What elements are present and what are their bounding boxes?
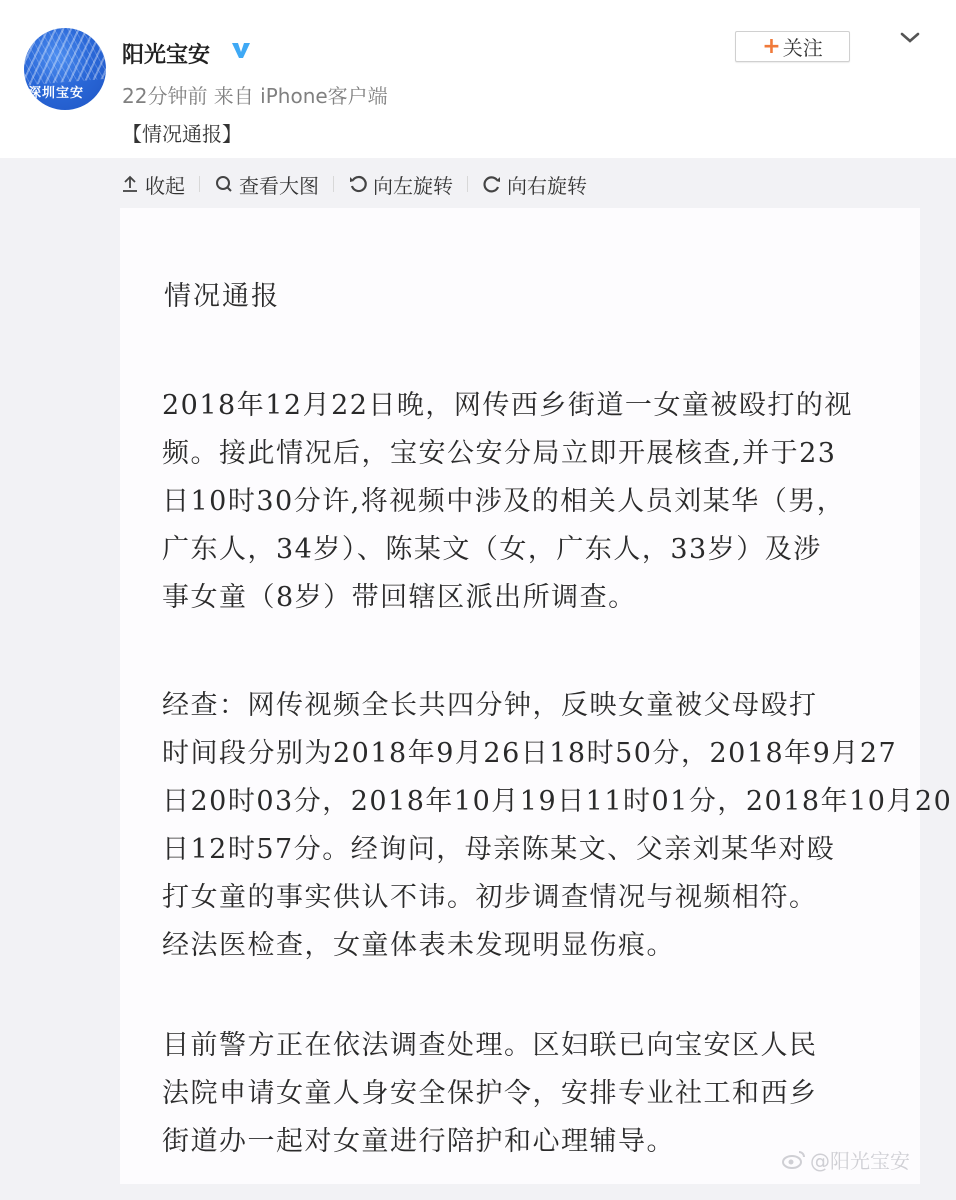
text-line: 街道办一起对女童进行陪护和心理辅导。 <box>162 1118 882 1166</box>
text-line: 经查：网传视频全长共四分钟，反映女童被父母殴打 <box>162 682 882 730</box>
avatar-text: 深圳宝安 <box>28 82 84 101</box>
text-line: 日10时30分许,将视频中涉及的相关人员刘某华（男， <box>162 478 882 526</box>
collapse-button[interactable]: 收起 <box>120 170 185 199</box>
rotate-left-button[interactable]: 向左旋转 <box>348 170 453 199</box>
image-toolbar: 收起 查看大图 向左旋转 向右旋转 <box>120 166 587 202</box>
text-line: 法院申请女童人身安全保护令，安排专业社工和西乡 <box>162 1070 882 1118</box>
rotate-left-label: 向左旋转 <box>373 170 453 199</box>
divider <box>199 176 200 192</box>
text-line: 经法医检查，女童体表未发现明显伤痕。 <box>162 922 882 970</box>
paragraph-3: 目前警方正在依法调查处理。区妇联已向宝安区人民 法院申请女童人身安全保护令，安排… <box>162 1022 882 1166</box>
text-line: 打女童的事实供认不讳。初步调查情况与视频相符。 <box>162 874 882 922</box>
document-title: 情况通报 <box>164 274 280 313</box>
weibo-logo-icon <box>782 1150 806 1170</box>
text-line: 2018年12月22日晚，网传西乡街道一女童被殴打的视 <box>162 382 882 430</box>
view-large-button[interactable]: 查看大图 <box>214 170 319 199</box>
text-line: 日12时57分。经询问，母亲陈某文、父亲刘某华对殴 <box>162 826 882 874</box>
verified-badge-icon <box>230 39 252 61</box>
rotate-right-button[interactable]: 向右旋转 <box>482 170 587 199</box>
chevron-down-icon[interactable] <box>898 28 922 48</box>
text-line: 日20时03分，2018年10月19日11时01分，2018年10月20 <box>162 778 882 826</box>
text-line: 事女童（8岁）带回辖区派出所调查。 <box>162 574 882 622</box>
follow-button[interactable]: + 关注 <box>735 31 850 62</box>
text-line: 时间段分别为2018年9月26日18时50分，2018年9月27 <box>162 730 882 778</box>
view-large-label: 查看大图 <box>239 170 319 199</box>
collapse-up-icon <box>120 174 140 194</box>
post-header: 深圳宝安 阳光宝安 22分钟前 来自 iPhone客户端 【情况通报】 + 关注 <box>0 0 956 158</box>
search-icon <box>214 174 234 194</box>
plus-icon: + <box>762 36 780 58</box>
divider <box>467 176 468 192</box>
post-meta: 22分钟前 来自 iPhone客户端 <box>122 80 388 109</box>
follow-label: 关注 <box>783 32 823 61</box>
rotate-right-icon <box>482 174 502 194</box>
text-line: 广东人，34岁）、陈某文（女，广东人，33岁）及涉 <box>162 526 882 574</box>
expanded-image[interactable]: 情况通报 2018年12月22日晚，网传西乡街道一女童被殴打的视 频。接此情况后… <box>120 208 920 1184</box>
paragraph-1: 2018年12月22日晚，网传西乡街道一女童被殴打的视 频。接此情况后，宝安公安… <box>162 382 882 622</box>
watermark: @阳光宝安 <box>782 1145 910 1174</box>
divider <box>333 176 334 192</box>
watermark-text: @阳光宝安 <box>810 1145 910 1174</box>
avatar[interactable]: 深圳宝安 <box>24 28 106 110</box>
username[interactable]: 阳光宝安 <box>122 38 210 69</box>
paragraph-2: 经查：网传视频全长共四分钟，反映女童被父母殴打 时间段分别为2018年9月26日… <box>162 682 882 970</box>
post-text: 【情况通报】 <box>122 118 242 147</box>
rotate-right-label: 向右旋转 <box>507 170 587 199</box>
collapse-label: 收起 <box>145 170 185 199</box>
text-line: 频。接此情况后，宝安公安分局立即开展核查,并于23 <box>162 430 882 478</box>
rotate-left-icon <box>348 174 368 194</box>
text-line: 目前警方正在依法调查处理。区妇联已向宝安区人民 <box>162 1022 882 1070</box>
